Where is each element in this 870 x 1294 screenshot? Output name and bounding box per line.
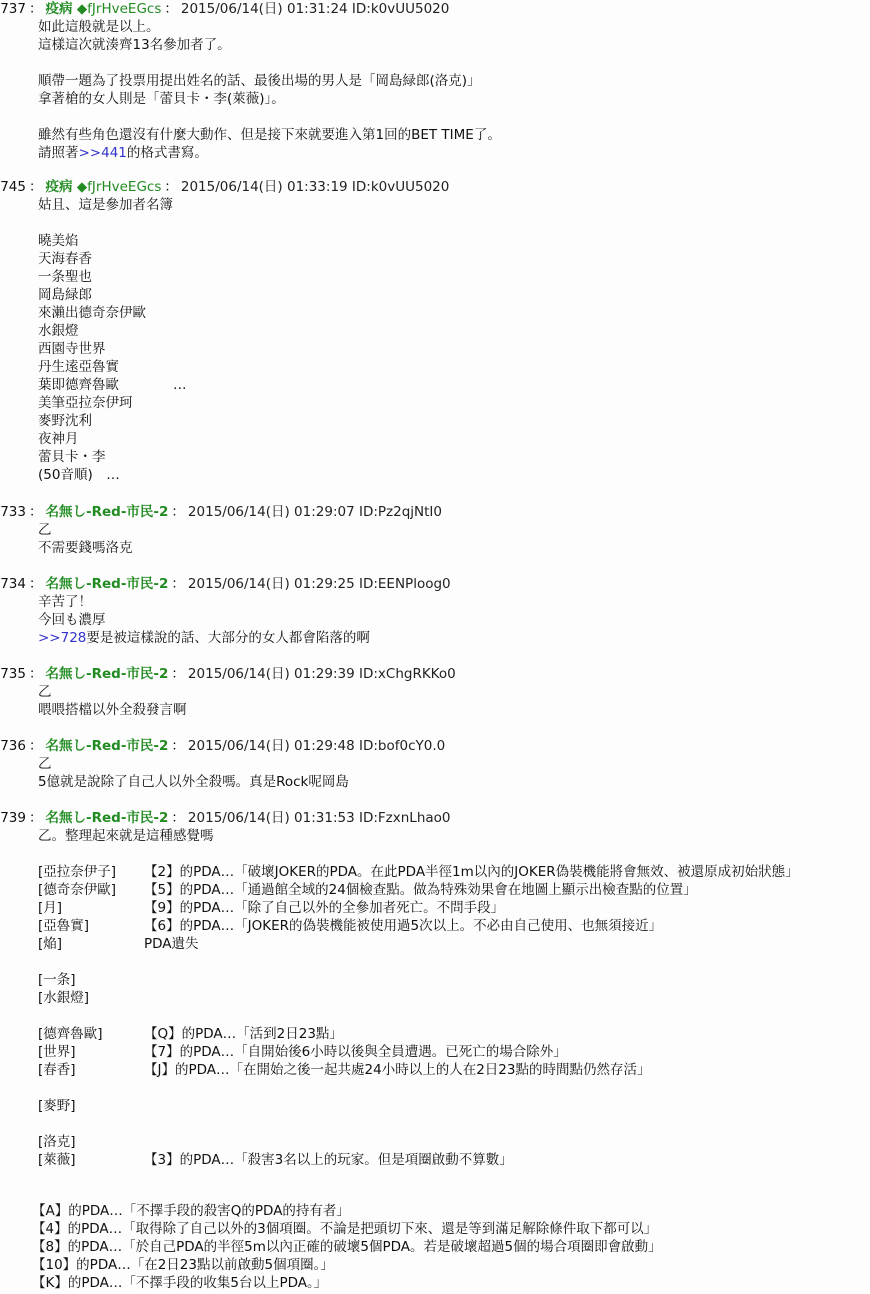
text: 請照著 <box>38 145 79 161</box>
post-line: 今回も濃厚 <box>38 611 870 629</box>
post-line: 5億就是說除了自己人以外全殺嗎。真是Rock呢岡島 <box>38 773 870 791</box>
pda-row: [亞魯實]【6】的PDA…「JOKER的偽裝機能被使用過5次以上。不必由自己使用… <box>38 917 870 935</box>
pda-condition: 【6】的PDA…「JOKER的偽裝機能被使用過5次以上。不必由自己使用、也無須接… <box>144 917 662 935</box>
post-line: 辛苦了！ <box>38 593 870 611</box>
post-line: >>728要是被這樣說的話、大部分的女人都會陷落的啊 <box>38 629 870 647</box>
character-label <box>38 953 144 971</box>
pda-row: [麥野] <box>38 1097 870 1115</box>
participant-name: 夜神月 <box>38 430 870 448</box>
post-736: 736：名無し-Red-市民-2：2015/06/14(日) 01:29:48 … <box>0 737 870 791</box>
pda-condition: 【9】的PDA…「除了自己以外的全參加者死亡。不問手段」 <box>144 899 504 917</box>
post-number[interactable]: 736 <box>0 737 26 755</box>
pda-row <box>38 1079 870 1097</box>
participant-name: 丹生逺亞魯實 <box>38 358 870 376</box>
post-number[interactable]: 734 <box>0 575 26 593</box>
post-line: 乙 <box>38 683 870 701</box>
pda-row: [德齊魯歐]【Q】的PDA…「活到2日23點」 <box>38 1025 870 1043</box>
pda-row: [洛克] <box>38 1133 870 1151</box>
pda-condition: 【8】的PDA…「於自己PDA的半徑5m以內正確的破壞5個PDA。若是破壞超過5… <box>32 1238 662 1256</box>
post-header: 735：名無し-Red-市民-2：2015/06/14(日) 01:29:39 … <box>0 665 870 683</box>
poster-name: 疫病 <box>46 179 73 195</box>
separator: ： <box>164 1 178 17</box>
post-line: (50音順) … <box>38 466 870 484</box>
character-label: [萊薇] <box>38 1151 144 1169</box>
post-line <box>38 54 870 72</box>
pda-condition: 【Q】的PDA…「活到2日23點」 <box>144 1025 343 1043</box>
pda-condition: 【A】的PDA…「不擇手段的殺害Q的PDA的持有者」 <box>32 1202 662 1220</box>
post-body: 姑且、這是參加者名簿 曉美焰 天海春香 一条聖也 岡島緑郎 來瀨出德奇奈伊歐 水… <box>38 196 870 484</box>
participant-name: 一条聖也 <box>38 268 870 286</box>
character-label: [月] <box>38 899 144 917</box>
character-label <box>38 1079 144 1097</box>
pda-row: [焔]PDA遺失 <box>38 935 870 953</box>
poster-name: 名無し-Red-市民-2 <box>46 666 169 682</box>
separator: ： <box>171 504 185 520</box>
post-date-id: 2015/06/14(日) 01:31:24 ID:k0vUU5020 <box>181 1 450 17</box>
character-label <box>38 1115 144 1133</box>
participant-name: 西園寺世界 <box>38 340 870 358</box>
post-line <box>38 214 870 232</box>
post-line: 不需要錢嗎洛克 <box>38 539 870 557</box>
blank-line <box>38 845 870 863</box>
post-line: 乙。整理起來就是這種感覺嗎 <box>38 827 870 845</box>
thread-page: 737：疫病 ◆fJrHveEGcs：2015/06/14(日) 01:31:2… <box>0 0 870 1294</box>
participant-name: 曉美焰 <box>38 232 870 250</box>
pda-row: [春香]【J】的PDA…「在開始之後一起共處24小時以上的人在2日23點的時間點… <box>38 1061 870 1079</box>
post-body: 乙 5億就是說除了自己人以外全殺嗎。真是Rock呢岡島 <box>38 755 870 791</box>
post-line: 拿著槍的女人則是「蕾貝卡・李(萊薇)」。 <box>38 90 870 108</box>
pda-condition: 【J】的PDA…「在開始之後一起共處24小時以上的人在2日23點的時間點仍然存活… <box>144 1061 650 1079</box>
post-date-id: 2015/06/14(日) 01:29:25 ID:EENPloog0 <box>188 576 451 592</box>
poster-name: 名無し-Red-市民-2 <box>46 810 169 826</box>
post-header: 739：名無し-Red-市民-2：2015/06/14(日) 01:31:53 … <box>0 809 870 827</box>
separator: ： <box>29 666 43 682</box>
poster-name: 名無し-Red-市民-2 <box>46 576 169 592</box>
separator: ： <box>171 810 185 826</box>
character-label: [世界] <box>38 1043 144 1061</box>
post-header: 734：名無し-Red-市民-2：2015/06/14(日) 01:29:25 … <box>0 575 870 593</box>
character-label: [洛克] <box>38 1133 144 1151</box>
participant-name: 美筆亞拉奈伊珂 <box>38 394 870 412</box>
poster-name: 名無し-Red-市民-2 <box>46 738 169 754</box>
participant-name: 水銀燈 <box>38 322 870 340</box>
post-line: 這樣這次就湊齊13名參加者了。 <box>38 36 870 54</box>
separator: ： <box>29 576 43 592</box>
separator: ： <box>171 576 185 592</box>
post-line: 雖然有些角色還沒有什麼大動作、但是接下來就要進入第1回的BET TIME了。 <box>38 126 870 144</box>
post-number[interactable]: 739 <box>0 809 26 827</box>
separator: ： <box>164 179 178 195</box>
character-label: [春香] <box>38 1061 144 1079</box>
separator: ： <box>29 504 43 520</box>
unassigned-pda-list: 【A】的PDA…「不擇手段的殺害Q的PDA的持有者」 【4】的PDA…「取得除了… <box>32 1202 662 1292</box>
pda-row: [一条] <box>38 971 870 989</box>
pda-row: [月]【9】的PDA…「除了自己以外的全參加者死亡。不問手段」 <box>38 899 870 917</box>
post-body: 乙 喂喂搭檔以外全殺發言啊 <box>38 683 870 719</box>
pda-condition: 【10】的PDA…「在2日23點以前啟動5個項圈。」 <box>32 1256 662 1274</box>
post-body: 如此這般就是以上。 這樣這次就湊齊13名參加者了。 順帶一題為了投票用提出姓名的… <box>38 18 870 162</box>
post-number[interactable]: 737 <box>0 0 26 18</box>
pda-condition: 【4】的PDA…「取得除了自己以外的3個項圈。不論是把頭切下來、還是等到滿足解除… <box>32 1220 662 1238</box>
post-line: 順帶一題為了投票用提出姓名的話、最後出場的男人是「岡島緑郎(洛克)」 <box>38 72 870 90</box>
separator: ： <box>29 810 43 826</box>
character-label: [德奇奈伊歐] <box>38 881 144 899</box>
post-line: 喂喂搭檔以外全殺發言啊 <box>38 701 870 719</box>
pda-condition: 【5】的PDA…「通過館全域的24個檢查點。做為特殊効果會在地圖上顯示出檢查點的… <box>144 881 697 899</box>
reply-anchor-link[interactable]: >>728 <box>38 630 86 646</box>
post-header: 736：名無し-Red-市民-2：2015/06/14(日) 01:29:48 … <box>0 737 870 755</box>
post-date-id: 2015/06/14(日) 01:29:39 ID:xChgRKKo0 <box>188 666 456 682</box>
post-line: 姑且、這是參加者名簿 <box>38 196 870 214</box>
character-label: [麥野] <box>38 1097 144 1115</box>
separator: ： <box>171 666 185 682</box>
character-label: [德齊魯歐] <box>38 1025 144 1043</box>
post-date-id: 2015/06/14(日) 01:29:07 ID:Pz2qjNtI0 <box>188 504 442 520</box>
participant-name: 天海春香 <box>38 250 870 268</box>
tripcode: ◆fJrHveEGcs <box>77 179 162 195</box>
post-745: 745：疫病 ◆fJrHveEGcs：2015/06/14(日) 01:33:1… <box>0 178 870 484</box>
pda-condition: PDA遺失 <box>144 935 199 953</box>
post-734: 734：名無し-Red-市民-2：2015/06/14(日) 01:29:25 … <box>0 575 870 647</box>
post-date-id: 2015/06/14(日) 01:31:53 ID:FzxnLhao0 <box>188 810 451 826</box>
pda-assignment-table: [亞拉奈伊子]【2】的PDA…「破壞JOKER的PDA。在此PDA半徑1m以內的… <box>38 863 870 1169</box>
post-line: 乙 <box>38 521 870 539</box>
separator: ： <box>29 1 43 17</box>
post-line <box>38 108 870 126</box>
post-body: 乙。整理起來就是這種感覺嗎 [亞拉奈伊子]【2】的PDA…「破壞JOKER的PD… <box>38 827 870 1169</box>
separator: ： <box>29 738 43 754</box>
participant-name: 來瀨出德奇奈伊歐 <box>38 304 870 322</box>
post-number[interactable]: 735 <box>0 665 26 683</box>
pda-row <box>38 1007 870 1025</box>
pda-row: [德奇奈伊歐]【5】的PDA…「通過館全域的24個檢查點。做為特殊効果會在地圖上… <box>38 881 870 899</box>
character-label: [水銀燈] <box>38 989 144 1007</box>
character-label <box>38 1007 144 1025</box>
post-739: 739：名無し-Red-市民-2：2015/06/14(日) 01:31:53 … <box>0 809 870 1169</box>
participant-name: 蕾貝卡・李 <box>38 448 870 466</box>
post-body: 乙 不需要錢嗎洛克 <box>38 521 870 557</box>
post-date-id: 2015/06/14(日) 01:29:48 ID:bof0cY0.0 <box>188 738 445 754</box>
reply-anchor-link[interactable]: >>441 <box>79 145 127 161</box>
participant-name: 葉即德齊魯歐 … <box>38 376 870 394</box>
post-number[interactable]: 745 <box>0 178 26 196</box>
text: 的格式書寫。 <box>127 145 208 161</box>
text: 要是被這樣說的話、大部分的女人都會陷落的啊 <box>86 630 370 646</box>
pda-condition: 【7】的PDA…「自開始後6小時以後與全員遭遇。已死亡的場合除外」 <box>144 1043 567 1061</box>
separator: ： <box>171 738 185 754</box>
post-number[interactable]: 733 <box>0 503 26 521</box>
character-label: [亞魯實] <box>38 917 144 935</box>
pda-condition: 【K】的PDA…「不擇手段的收集5台以上PDA。」 <box>32 1274 662 1292</box>
pda-condition: 【3】的PDA…「殺害3名以上的玩家。但是項圈啟動不算數」 <box>144 1151 513 1169</box>
post-header: 745：疫病 ◆fJrHveEGcs：2015/06/14(日) 01:33:1… <box>0 178 870 196</box>
pda-row: [亞拉奈伊子]【2】的PDA…「破壞JOKER的PDA。在此PDA半徑1m以內的… <box>38 863 870 881</box>
pda-row: [萊薇]【3】的PDA…「殺害3名以上的玩家。但是項圈啟動不算數」 <box>38 1151 870 1169</box>
post-733: 733：名無し-Red-市民-2：2015/06/14(日) 01:29:07 … <box>0 503 870 557</box>
post-header: 733：名無し-Red-市民-2：2015/06/14(日) 01:29:07 … <box>0 503 870 521</box>
separator: ： <box>29 179 43 195</box>
post-date-id: 2015/06/14(日) 01:33:19 ID:k0vUU5020 <box>181 179 450 195</box>
pda-condition: 【2】的PDA…「破壞JOKER的PDA。在此PDA半徑1m以內的JOKER偽裝… <box>144 863 799 881</box>
participant-name: 岡島緑郎 <box>38 286 870 304</box>
pda-row <box>38 1115 870 1133</box>
character-label: [一条] <box>38 971 144 989</box>
post-body: 辛苦了！ 今回も濃厚 >>728要是被這樣說的話、大部分的女人都會陷落的啊 <box>38 593 870 647</box>
poster-name: 疫病 <box>46 1 73 17</box>
post-line: 如此這般就是以上。 <box>38 18 870 36</box>
character-label: [焔] <box>38 935 144 953</box>
poster-name: 名無し-Red-市民-2 <box>46 504 169 520</box>
pda-row: [世界]【7】的PDA…「自開始後6小時以後與全員遭遇。已死亡的場合除外」 <box>38 1043 870 1061</box>
pda-row <box>38 953 870 971</box>
post-737: 737：疫病 ◆fJrHveEGcs：2015/06/14(日) 01:31:2… <box>0 0 870 162</box>
post-line: 乙 <box>38 755 870 773</box>
pda-row: [水銀燈] <box>38 989 870 1007</box>
character-label: [亞拉奈伊子] <box>38 863 144 881</box>
tripcode: ◆fJrHveEGcs <box>77 1 162 17</box>
post-line: 請照著>>441的格式書寫。 <box>38 144 870 162</box>
post-735: 735：名無し-Red-市民-2：2015/06/14(日) 01:29:39 … <box>0 665 870 719</box>
post-header: 737：疫病 ◆fJrHveEGcs：2015/06/14(日) 01:31:2… <box>0 0 870 18</box>
participant-name: 麥野沈利 <box>38 412 870 430</box>
